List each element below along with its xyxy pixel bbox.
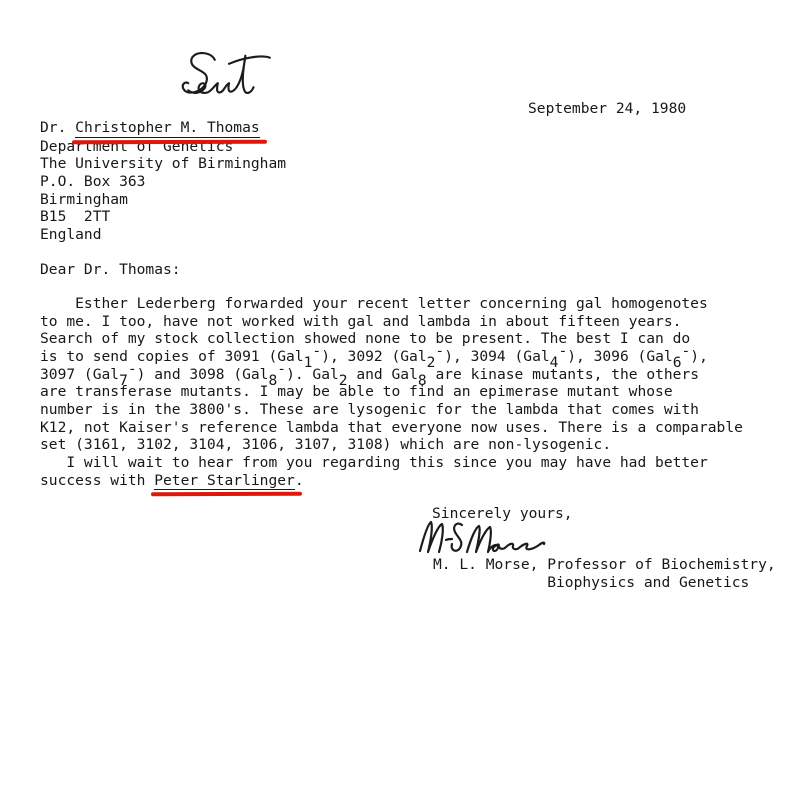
underlined-text: Peter Starlinger	[154, 472, 295, 491]
salutation: Dear Dr. Thomas:	[40, 261, 181, 279]
text-segment: Esther Lederberg forwarded your recent l…	[40, 295, 708, 312]
text-line: are transferase mutants. I may be able t…	[40, 383, 743, 401]
text-segment: M. L. Morse, Professor of Biochemistry,	[433, 556, 776, 573]
text-segment: are transferase mutants. I may be able t…	[40, 383, 673, 400]
text-line: K12, not Kaiser's reference lambda that …	[40, 419, 743, 437]
text-segment: Biophysics and Genetics	[433, 574, 749, 591]
text-line: Esther Lederberg forwarded your recent l…	[40, 295, 743, 313]
text-segment: 3097 (Gal	[40, 366, 119, 383]
text-segment: .	[295, 472, 304, 489]
text-line: set (3161, 3102, 3104, 3106, 3107, 3108)…	[40, 436, 743, 454]
text-segment: is to send copies of 3091 (Gal	[40, 348, 304, 365]
text-line: Biophysics and Genetics	[433, 574, 776, 592]
signature-block: M. L. Morse, Professor of Biochemistry, …	[433, 556, 776, 591]
letter-page: September 24, 1980 Dr. Christopher M. Th…	[0, 0, 800, 788]
text-line: Search of my stock collection showed non…	[40, 330, 743, 348]
text-segment: -	[558, 343, 567, 361]
text-segment: ), 3094 (Gal	[444, 348, 549, 365]
letter-body: Esther Lederberg forwarded your recent l…	[40, 295, 743, 490]
text-segment: and Gal	[348, 366, 418, 383]
text-line: to me. I too, have not worked with gal a…	[40, 313, 743, 331]
text-segment: -	[681, 343, 690, 361]
text-segment: to me. I too, have not worked with gal a…	[40, 313, 681, 330]
text-line: success with Peter Starlinger.	[40, 472, 743, 491]
text-segment: ),	[690, 348, 708, 365]
text-segment: I will wait to hear from you regarding t…	[40, 454, 708, 471]
text-segment: The University of Birmingham	[40, 155, 286, 172]
text-segment: 6	[673, 354, 682, 372]
text-segment: K12, not Kaiser's reference lambda that …	[40, 419, 743, 436]
handwritten-signature	[414, 518, 551, 560]
text-segment: 1	[304, 354, 313, 372]
text-segment: -	[128, 360, 137, 378]
text-line: The University of Birmingham	[40, 155, 286, 173]
text-line: 3097 (Gal7-) and 3098 (Gal8-). Gal2 and …	[40, 366, 743, 384]
text-line: number is in the 3800's. These are lysog…	[40, 401, 743, 419]
text-segment: P.O. Box 363	[40, 173, 145, 190]
text-segment: Birmingham	[40, 191, 128, 208]
handwritten-sent	[176, 46, 278, 100]
text-segment: set (3161, 3102, 3104, 3106, 3107, 3108)…	[40, 436, 611, 453]
text-line: England	[40, 226, 286, 244]
text-segment: 2	[427, 354, 436, 372]
text-segment: 2	[339, 371, 348, 389]
text-segment: -	[312, 343, 321, 361]
text-segment: ), 3096 (Gal	[567, 348, 672, 365]
text-line: P.O. Box 363	[40, 173, 286, 191]
text-segment: number is in the 3800's. These are lysog…	[40, 401, 699, 418]
text-segment: Search of my stock collection showed non…	[40, 330, 690, 347]
text-segment: 8	[418, 371, 427, 389]
text-segment: Dr.	[40, 119, 75, 136]
text-segment: B15 2TT	[40, 208, 110, 225]
text-segment: ), 3092 (Gal	[321, 348, 426, 365]
text-segment: are kinase mutants, the others	[427, 366, 699, 383]
text-segment: ) and 3098 (Gal	[137, 366, 269, 383]
text-segment: success with	[40, 472, 154, 489]
text-line: is to send copies of 3091 (Gal1-), 3092 …	[40, 348, 743, 366]
recipient-address: Dr. Christopher M. ThomasDepartment of G…	[40, 119, 286, 244]
text-segment: England	[40, 226, 102, 243]
letter-date: September 24, 1980	[528, 100, 686, 118]
text-line: Birmingham	[40, 191, 286, 209]
text-segment: 7	[119, 371, 128, 389]
underlined-text: Christopher M. Thomas	[75, 119, 260, 138]
text-line: Dr. Christopher M. Thomas	[40, 119, 286, 138]
text-segment: 8	[268, 371, 277, 389]
text-line: B15 2TT	[40, 208, 286, 226]
text-line: I will wait to hear from you regarding t…	[40, 454, 743, 472]
text-segment: -	[435, 343, 444, 361]
text-segment: -	[277, 360, 286, 378]
text-line: M. L. Morse, Professor of Biochemistry,	[433, 556, 776, 574]
text-segment: ). Gal	[286, 366, 339, 383]
text-segment: 4	[550, 354, 559, 372]
